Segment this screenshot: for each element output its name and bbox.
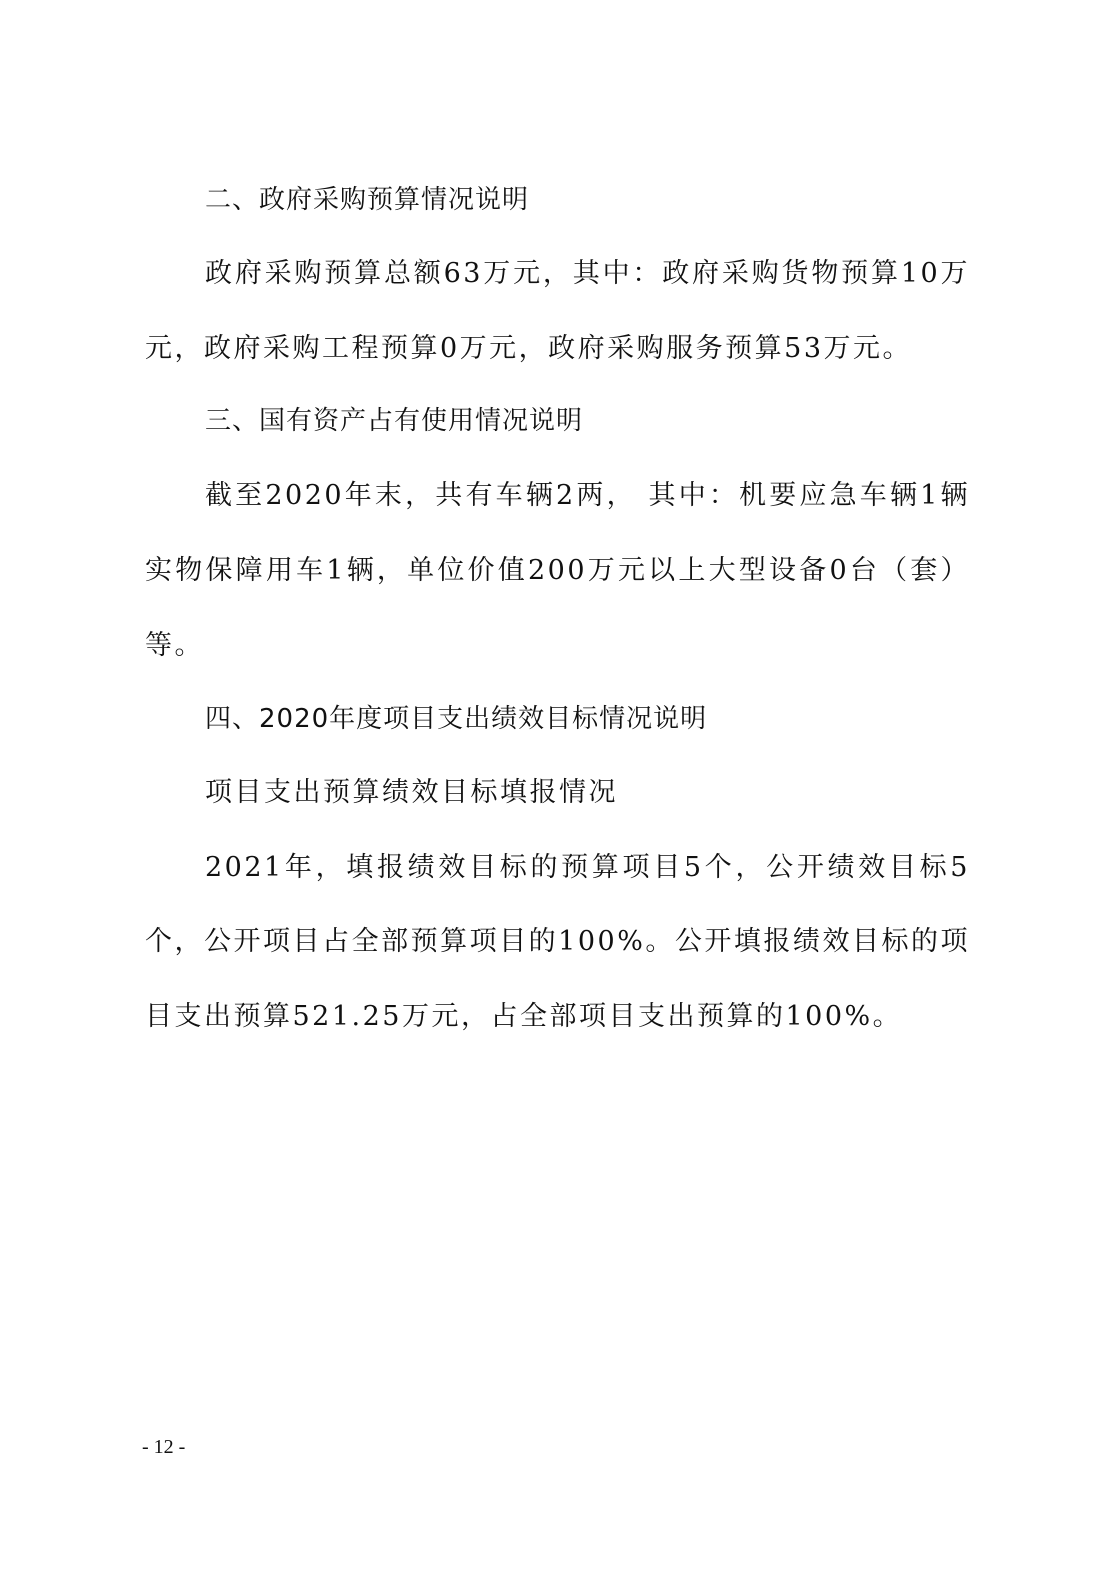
paragraph-line: 等。 (145, 626, 970, 666)
paragraph-line: 截至2020年末，共有车辆2两， 其中：机要应急车辆1辆 (205, 476, 970, 516)
paragraph-line: 目支出预算521.25万元，占全部项目支出预算的100%。 (145, 997, 970, 1037)
paragraph-line: 元，政府采购工程预算0万元，政府采购服务预算53万元。 (145, 329, 970, 369)
paragraph-line: 个，公开项目占全部预算项目的100%。公开填报绩效目标的项 (145, 922, 970, 962)
section-heading-state-assets: 三、国有资产占有使用情况说明 (205, 401, 970, 441)
paragraph-line: 政府采购预算总额63万元，其中：政府采购货物预算10万 (205, 254, 970, 294)
document-page: 二、政府采购预算情况说明 政府采购预算总额63万元，其中：政府采购货物预算10万… (0, 0, 1110, 1569)
page-number: - 12 - (142, 1436, 185, 1459)
paragraph-line: 2021年，填报绩效目标的预算项目5个，公开绩效目标5 (205, 848, 970, 888)
section-heading-procurement: 二、政府采购预算情况说明 (205, 180, 970, 220)
section-heading-performance-goals: 四、2020年度项目支出绩效目标情况说明 (205, 699, 970, 739)
subheading: 项目支出预算绩效目标填报情况 (205, 773, 970, 813)
paragraph-line: 实物保障用车1辆，单位价值200万元以上大型设备0台（套） (145, 551, 970, 591)
